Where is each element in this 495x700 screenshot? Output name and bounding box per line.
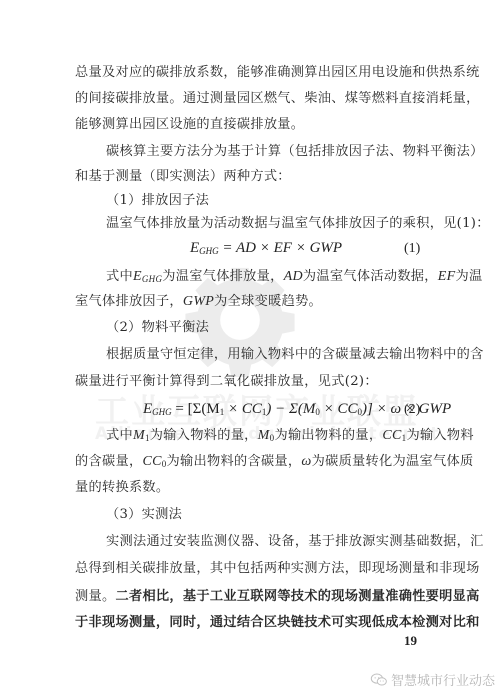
equation-1: EGHG = AD × EF × GWP xyxy=(190,240,342,257)
equation-number: (1) xyxy=(404,241,420,257)
paragraph-line: 式中M1为输入物料的量，M0为输出物料的量，CC1为输入物料 xyxy=(106,427,422,447)
paragraph-line: 碳核算主要方法分为基于计算（包括排放因子法、物料平衡法） xyxy=(106,143,422,161)
paragraph-line: 和基于测量（即实测法）两种方式： xyxy=(75,168,422,186)
source-tag: 智慧城市行业动态 xyxy=(370,670,495,689)
paragraph-line: 总得到相关碳排放量，其中包括两种实测方法，即现场测量和非现场 xyxy=(75,560,422,578)
source-label: 智慧城市行业动态 xyxy=(391,670,495,689)
paragraph-line: 实测法通过安装监测仪器、设备，基于排放源实测基础数据，汇 xyxy=(106,533,422,551)
paragraph-line: 根据质量守恒定律，用输入物料中的含碳量减去输出物料中的含 xyxy=(106,346,422,364)
paragraph-line: 测量。二者相比，基于工业互联网等技术的现场测量准确性要明显高 xyxy=(75,588,422,606)
paragraph-line: 温室气体排放量为活动数据与温室气体排放因子的乘积，见(1)： xyxy=(106,215,422,233)
page-number: 19 xyxy=(404,633,417,649)
paragraph-line: 量的转换系数。 xyxy=(75,479,422,497)
paragraph-line: 碳量进行平衡计算得到二氧化碳排放量，见式(2)： xyxy=(75,373,422,391)
paragraph-line: 式中EGHG为温室气体排放量，AD为温室气体活动数据，EF为温 xyxy=(106,268,422,288)
section-heading: （3）实测法 xyxy=(106,506,453,524)
equation-number: (2) xyxy=(404,402,420,418)
paragraph-line: 的间接碳排放量。通过测量园区燃气、柴油、煤等燃料直接消耗量， xyxy=(75,90,422,108)
paragraph-line: 总量及对应的碳排放系数，能够准确测算出园区用电设施和供热系统 xyxy=(75,64,422,82)
wechat-icon xyxy=(370,673,388,687)
paragraph-line: 能够测算出园区设施的直接碳排放量。 xyxy=(75,116,422,134)
paragraph-line: 于非现场测量，同时，通过结合区块链技术可实现低成本检测对比和 xyxy=(75,614,422,632)
section-heading: （2）物料平衡法 xyxy=(106,319,453,337)
paragraph-line: 的含碳量，CC0为输出物料的含碳量，ω为碳质量转化为温室气体质 xyxy=(75,453,422,473)
section-heading: （1）排放因子法 xyxy=(106,192,453,210)
paragraph-line: 室气体排放因子，GWP为全球变暖趋势。 xyxy=(75,293,422,311)
